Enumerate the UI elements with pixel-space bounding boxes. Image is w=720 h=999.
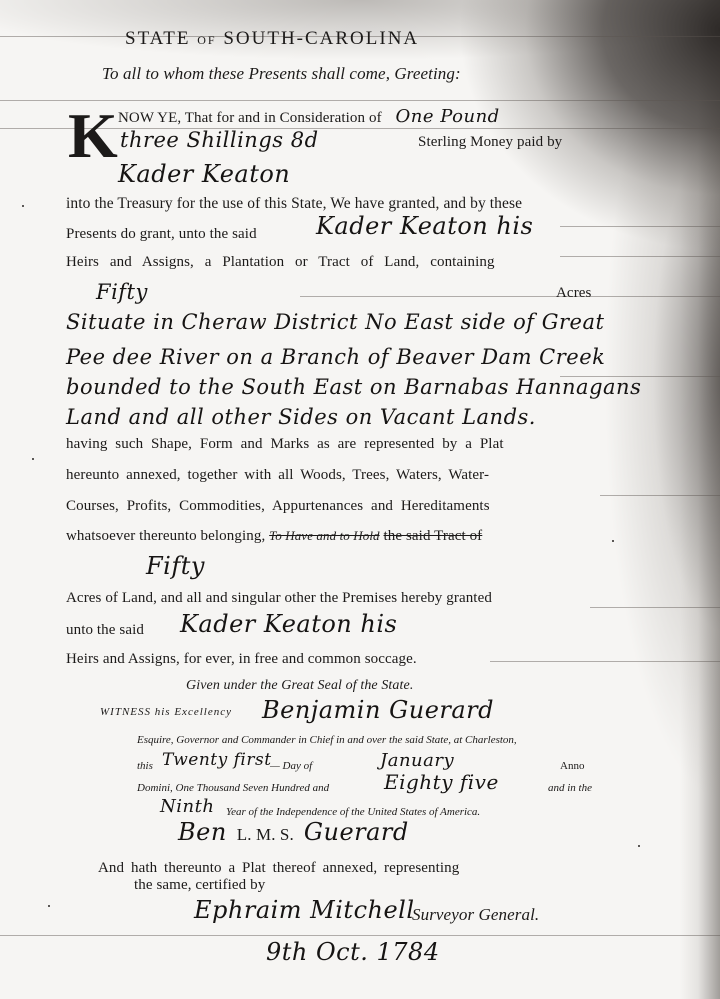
day-of-text: — Day of (270, 760, 312, 772)
surveyor-name-handwritten: Ephraim Mitchell (194, 896, 415, 924)
acres-label: Acres (556, 285, 591, 302)
scan-speck (612, 540, 614, 542)
certified-by-text: the same, certified by (134, 877, 265, 894)
and-in-the-text: and in the (548, 782, 592, 794)
to-have-and-to-hold: To Have and to Hold (269, 528, 379, 543)
acreage-handwritten-2: Fifty (146, 552, 205, 580)
scanned-land-grant-page: STATE OF SOUTH-CAROLINA To all to whom t… (0, 0, 720, 999)
scan-line (600, 495, 720, 496)
surveyor-general-text: Surveyor General. (412, 905, 539, 925)
whatsoever-text: whatsoever thereunto belonging, (66, 528, 265, 544)
great-seal-text: Given under the Great Seal of the State. (186, 678, 413, 694)
governor-title-text: Esquire, Governor and Commander in Chief… (137, 734, 517, 746)
woods-trees-text: hereunto annexed, together with all Wood… (66, 467, 489, 484)
salutation: To all to whom these Presents shall come… (102, 64, 461, 84)
said-tract-text: the said Tract of (384, 528, 483, 544)
treasury-text: into the Treasury for the use of this St… (66, 195, 522, 213)
seal-signature-line: Ben L. M. S. Guerard (178, 818, 409, 846)
sterling-money-text: Sterling Money paid by (418, 134, 562, 151)
day-handwritten: Twenty first (162, 750, 272, 770)
document-title: STATE OF SOUTH-CAROLINA (125, 28, 419, 50)
scan-speck (638, 845, 640, 847)
title-south-carolina: SOUTH-CAROLINA (223, 28, 419, 49)
scan-speck (32, 458, 34, 460)
premises-text: Acres of Land, and all and singular othe… (66, 590, 492, 607)
consideration-text: NOW YE, That for and in Consideration of (118, 110, 382, 126)
soccage-text: Heirs and Assigns, for ever, in free and… (66, 651, 417, 668)
signature-guerard-handwritten: Guerard (304, 818, 409, 846)
location-description-line-1: Situate in Cheraw District No East side … (66, 310, 604, 334)
scan-line (590, 607, 720, 608)
survey-date-handwritten: 9th Oct. 1784 (266, 938, 440, 966)
amount-pound-handwritten: One Pound (396, 106, 500, 127)
grantee-name-handwritten-3: Kader Keaton his (180, 610, 397, 638)
scan-line (0, 935, 720, 936)
amount-shillings-handwritten: three Shillings 8d (120, 128, 319, 152)
unto-said-text: unto the said (66, 622, 144, 639)
scan-line (560, 226, 720, 227)
plat-annexed-text: And hath thereunto a Plat thereof annexe… (98, 860, 459, 877)
heirs-text: Heirs and Assigns, a Plantation or Tract… (66, 254, 495, 271)
drop-cap: K (68, 104, 118, 168)
independence-text: Year of the Independence of the United S… (226, 806, 480, 818)
acreage-handwritten: Fifty (96, 280, 148, 304)
shape-form-text: having such Shape, Form and Marks as are… (66, 436, 504, 453)
location-description-line-4: Land and all other Sides on Vacant Lands… (66, 405, 536, 429)
scan-line (560, 256, 720, 257)
independence-year-handwritten: Ninth (160, 796, 214, 817)
signature-ben-handwritten: Ben (178, 818, 227, 846)
lms-seal-text: L. M. S. (237, 825, 294, 844)
witness-label: WITNESS his Excellency (100, 706, 232, 718)
amount-line: three Shillings 8d (120, 128, 319, 152)
location-description-line-3: bounded to the South East on Barnabas Ha… (66, 375, 641, 399)
scan-line (300, 296, 720, 297)
governor-name-handwritten: Benjamin Guerard (262, 696, 494, 724)
consideration-line: NOW YE, That for and in Consideration of… (118, 106, 500, 127)
title-of: OF (197, 33, 216, 47)
this-text: this (137, 760, 153, 772)
location-description-line-2: Pee dee River on a Branch of Beaver Dam … (66, 345, 605, 369)
domini-text: Domini, One Thousand Seven Hundred and (137, 782, 329, 794)
title-state: STATE (125, 28, 190, 49)
month-handwritten: January (380, 750, 454, 771)
courses-profits-text: Courses, Profits, Commodities, Appurtena… (66, 498, 490, 515)
habendum-line: whatsoever thereunto belonging, To Have … (66, 528, 482, 545)
grantee-name-handwritten: Kader Keaton (118, 160, 290, 188)
scan-speck (22, 205, 24, 207)
year-handwritten: Eighty five (384, 770, 499, 794)
presents-text: Presents do grant, unto the said (66, 226, 257, 243)
grantee-name-handwritten-2: Kader Keaton his (316, 212, 533, 240)
anno-text: Anno (560, 760, 584, 772)
scan-speck (48, 905, 50, 907)
scan-line (490, 661, 720, 662)
